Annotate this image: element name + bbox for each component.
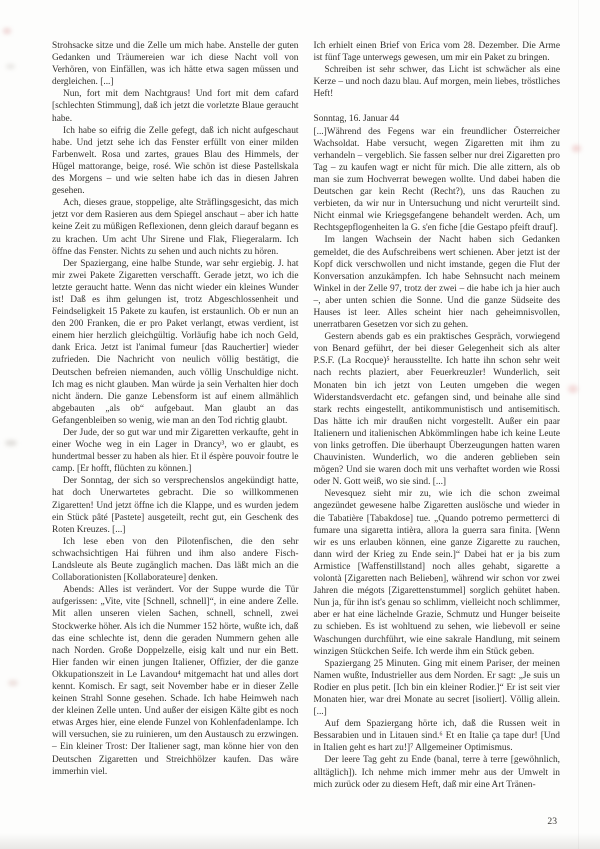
paragraph: Ich erhielt einen Brief von Erica vom 28… (314, 40, 561, 64)
paragraph: Nevesquez sieht mir zu, wie ich die scho… (314, 488, 561, 657)
scan-smudge (3, 28, 11, 34)
diary-date-heading: Sonntag, 16. Januar 44 (314, 113, 561, 125)
paragraph: Ach, dieses graue, stoppelige, alte Strä… (52, 197, 299, 257)
bottom-shadow (0, 833, 600, 849)
paragraph: Ich lese eben von den Pilotenfischen, di… (52, 536, 299, 584)
page-edge-line (578, 0, 579, 849)
paragraph: Der leere Tag geht zu Ende (banal, terre… (314, 754, 561, 790)
paragraph: Gestern abends gab es ein praktisches Ge… (314, 331, 561, 488)
paragraph: Im langen Wachsein der Nacht haben sich … (314, 234, 561, 331)
page-number: 23 (547, 816, 557, 827)
paragraph: Der Jude, der so gut war und mir Zigaret… (52, 427, 299, 475)
paragraph: Der Sonntag, der sich so versprechenslos… (52, 475, 299, 535)
paragraph: Der Spaziergang, eine halbe Stunde, war … (52, 258, 299, 427)
paragraph: Nun, fort mit dem Nachtgraus! Und fort m… (52, 88, 299, 124)
text-columns: Strohsacke sitze und die Zelle um mich h… (52, 40, 560, 791)
paragraph: Abends: Alles ist verändert. Vor der Sup… (52, 584, 299, 778)
scan-smudge (572, 145, 581, 152)
book-page: Strohsacke sitze und die Zelle um mich h… (0, 0, 600, 849)
right-column: Ich erhielt einen Brief von Erica vom 28… (314, 40, 561, 791)
paragraph: Ich habe so eifrig die Zelle gefegt, daß… (52, 125, 299, 198)
paragraph: Spaziergang 25 Minuten. Ging mit einem P… (314, 658, 561, 718)
paragraph: Schreiben ist sehr schwer, das Licht ist… (314, 64, 561, 100)
scan-smudge (6, 64, 15, 69)
paragraph: Auf dem Spaziergang hörte ich, daß die R… (314, 718, 561, 754)
paragraph: [...]Während des Fegens war ein freundli… (314, 126, 561, 235)
paragraph: Strohsacke sitze und die Zelle um mich h… (52, 40, 299, 88)
scan-smudge (8, 680, 18, 686)
left-column: Strohsacke sitze und die Zelle um mich h… (52, 40, 299, 791)
scan-smudge (568, 385, 578, 393)
scan-smudge (5, 440, 17, 446)
